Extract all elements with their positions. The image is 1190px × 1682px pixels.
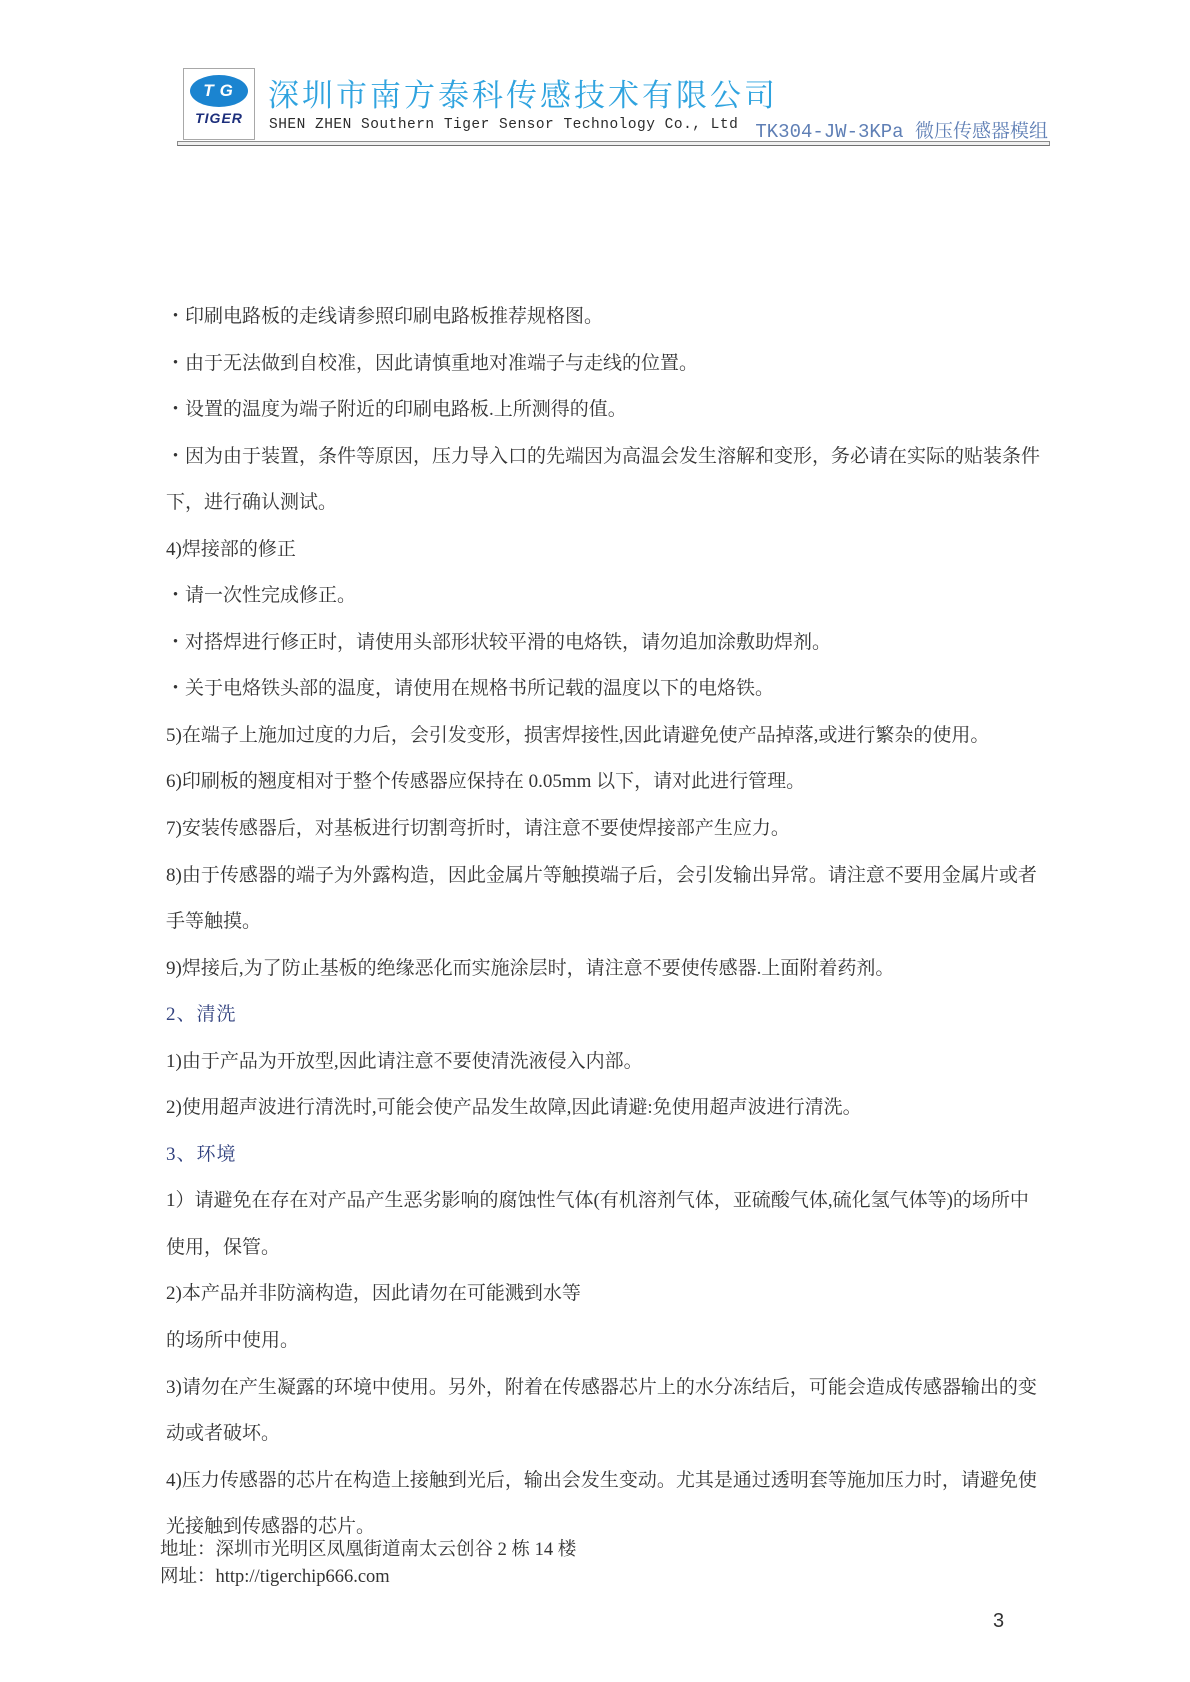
body-line: 1）请避免在存在对产品产生恶劣影响的腐蚀性气体(有机溶剂气体，亚硫酸气体,硫化氢…: [166, 1178, 1096, 1225]
document-page: TG TIGER 深圳市南方泰科传感技术有限公司 SHEN ZHEN South…: [0, 0, 1190, 1682]
body-line: 4)焊接部的修正: [166, 527, 1096, 574]
product-model: TK304-JW-3KPa 微压传感器模组: [755, 116, 1048, 143]
tg-logo-icon: TG: [190, 75, 248, 107]
body-line: 5)在端子上施加过度的力后，会引发变形，损害焊接性,因此请避免使产品掉落,或进行…: [166, 713, 1096, 760]
body-line: 手等触摸。: [166, 899, 1096, 946]
company-logo: TG TIGER: [183, 68, 255, 140]
section-heading-environment: 3、环境: [166, 1132, 1096, 1179]
page-number: 3: [993, 1610, 1004, 1633]
section-heading-cleaning: 2、清洗: [166, 992, 1096, 1039]
footer-address: 地址：深圳市光明区凤凰街道南太云创谷 2 栋 14 楼: [160, 1537, 576, 1564]
body-line: ・设置的温度为端子附近的印刷电路板.上所测得的值。: [166, 387, 1096, 434]
body-line: ・关于电烙铁头部的温度，请使用在规格书所记载的温度以下的电烙铁。: [166, 666, 1096, 713]
document-body: ・印刷电路板的走线请参照印刷电路板推荐规格图。 ・由于无法做到自校准，因此请慎重…: [166, 294, 1096, 1551]
footer: 地址：深圳市光明区凤凰街道南太云创谷 2 栋 14 楼 网址：http://ti…: [160, 1537, 576, 1591]
body-line: 2)使用超声波进行清洗时,可能会使产品发生故障,因此请避:免使用超声波进行清洗。: [166, 1085, 1096, 1132]
body-line: 6)印刷板的翘度相对于整个传感器应保持在 0.05mm 以下，请对此进行管理。: [166, 759, 1096, 806]
body-line: 7)安装传感器后，对基板进行切割弯折时，请注意不要使焊接部产生应力。: [166, 806, 1096, 853]
company-name-cn: 深圳市南方泰科传感技术有限公司: [268, 70, 778, 115]
body-line: 1)由于产品为开放型,因此请注意不要使清洗液侵入内部。: [166, 1039, 1096, 1086]
body-line: 4)压力传感器的芯片在构造上接触到光后，输出会发生变动。尤其是通过透明套等施加压…: [166, 1458, 1096, 1505]
body-line: ・因为由于装置，条件等原因，压力导入口的先端因为高温会发生溶解和变形，务必请在实…: [166, 434, 1096, 481]
body-line: ・由于无法做到自校准，因此请慎重地对准端子与走线的位置。: [166, 341, 1096, 388]
body-line: ・对搭焊进行修正时，请使用头部形状较平滑的电烙铁，请勿追加涂敷助焊剂。: [166, 620, 1096, 667]
body-line: 下，进行确认测试。: [166, 480, 1096, 527]
body-line: 2)本产品并非防滴构造，因此请勿在可能溅到水等: [166, 1271, 1096, 1318]
header-divider: [177, 141, 1050, 146]
body-line: 9)焊接后,为了防止基板的绝缘恶化而实施涂层时，请注意不要使传感器.上面附着药剂…: [166, 946, 1096, 993]
footer-website: 网址：http://tigerchip666.com: [160, 1564, 576, 1591]
body-line: 8)由于传感器的端子为外露构造，因此金属片等触摸端子后，会引发输出异常。请注意不…: [166, 853, 1096, 900]
body-line: ・请一次性完成修正。: [166, 573, 1096, 620]
body-line: 3)请勿在产生凝露的环境中使用。另外，附着在传感器芯片上的水分冻结后，可能会造成…: [166, 1365, 1096, 1412]
logo-brand-text: TIGER: [184, 110, 254, 126]
body-line: ・印刷电路板的走线请参照印刷电路板推荐规格图。: [166, 294, 1096, 341]
body-line: 动或者破坏。: [166, 1411, 1096, 1458]
body-line: 使用，保管。: [166, 1225, 1096, 1272]
company-name-en: SHEN ZHEN Southern Tiger Sensor Technolo…: [269, 117, 738, 133]
body-line: 的场所中使用。: [166, 1318, 1096, 1365]
